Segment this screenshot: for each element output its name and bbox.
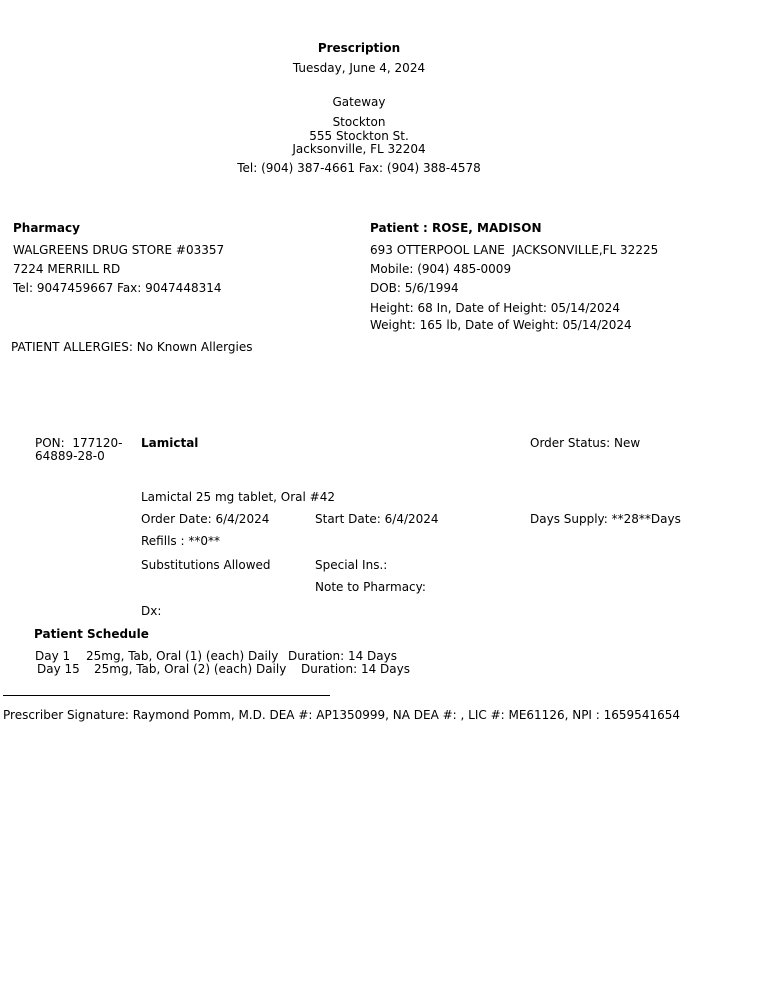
patient-heading: Patient : ROSE, MADISON <box>370 222 542 235</box>
schedule-heading: Patient Schedule <box>34 628 149 641</box>
signature-rule <box>3 695 330 696</box>
schedule-dose: 25mg, Tab, Oral (2) (each) Daily <box>94 663 286 676</box>
order-start-date: Start Date: 6/4/2024 <box>315 513 439 526</box>
document-date: Tuesday, June 4, 2024 <box>0 62 718 75</box>
pharmacy-tel-fax: Tel: 9047459667 Fax: 9047448314 <box>13 282 222 295</box>
pharmacy-name: WALGREENS DRUG STORE #03357 <box>13 244 224 257</box>
schedule-day: Day 15 <box>37 663 80 676</box>
prescriber-signature: Prescriber Signature: Raymond Pomm, M.D.… <box>3 709 680 722</box>
order-substitutions: Substitutions Allowed <box>141 559 271 572</box>
order-date: Order Date: 6/4/2024 <box>141 513 269 526</box>
patient-address: 693 OTTERPOOL LANE JACKSONVILLE,FL 32225 <box>370 244 658 257</box>
clinic-city-state-zip: Jacksonville, FL 32204 <box>0 143 718 156</box>
order-dx: Dx: <box>141 605 161 618</box>
patient-allergies: PATIENT ALLERGIES: No Known Allergies <box>11 341 252 354</box>
patient-mobile: Mobile: (904) 485-0009 <box>370 263 511 276</box>
prescription-document: { "doc": { "title": "Prescription", "dat… <box>0 0 768 1008</box>
clinic-site: Stockton <box>0 116 718 129</box>
clinic-name: Gateway <box>0 96 718 109</box>
order-drug-name: Lamictal <box>141 437 198 450</box>
schedule-duration: Duration: 14 Days <box>301 663 410 676</box>
order-note-to-pharmacy: Note to Pharmacy: <box>315 581 426 594</box>
patient-height: Height: 68 In, Date of Height: 05/14/202… <box>370 302 620 315</box>
order-special-ins: Special Ins.: <box>315 559 387 572</box>
order-description: Lamictal 25 mg tablet, Oral #42 <box>141 491 335 504</box>
pharmacy-heading: Pharmacy <box>13 222 80 235</box>
pharmacy-street: 7224 MERRILL RD <box>13 263 120 276</box>
order-pon: PON: 177120-64889-28-0 <box>35 437 135 463</box>
order-refills: Refills : **0** <box>141 535 220 548</box>
clinic-tel-fax: Tel: (904) 387-4661 Fax: (904) 388-4578 <box>0 162 718 175</box>
patient-dob: DOB: 5/6/1994 <box>370 282 459 295</box>
order-status: Order Status: New <box>530 437 640 450</box>
order-days-supply: Days Supply: **28**Days <box>530 513 681 526</box>
document-title: Prescription <box>0 42 718 55</box>
patient-weight: Weight: 165 lb, Date of Weight: 05/14/20… <box>370 319 632 332</box>
